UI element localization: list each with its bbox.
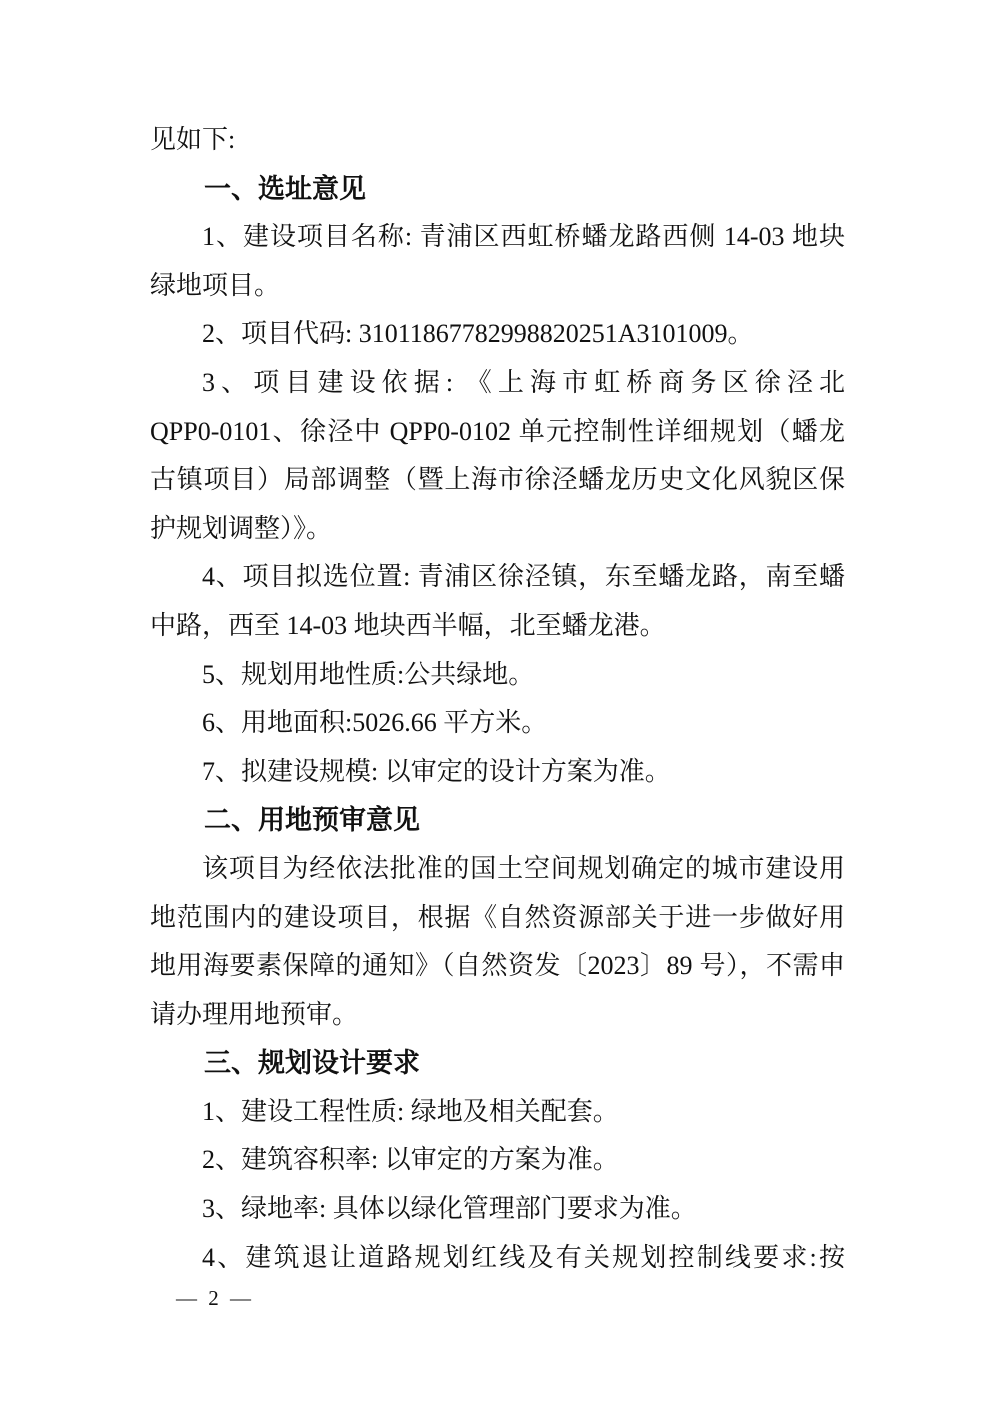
text-line: 3、绿地率: 具体以绿化管理部门要求为准。 bbox=[150, 1185, 845, 1234]
section-heading-3: 三、规划设计要求 bbox=[150, 1039, 845, 1088]
text-line: 地范围内的建设项目，根据《自然资源部关于进一步做好用 bbox=[150, 894, 845, 943]
section-heading-2: 二、用地预审意见 bbox=[150, 796, 845, 845]
text-line: 1、建设工程性质: 绿地及相关配套。 bbox=[150, 1088, 845, 1137]
text-line: 该项目为经依法批准的国土空间规划确定的城市建设用 bbox=[150, 845, 845, 894]
text-line: QPP0-0101、徐泾中 QPP0-0102 单元控制性详细规划（蟠龙 bbox=[150, 408, 845, 457]
text-line: 7、拟建设规模: 以审定的设计方案为准。 bbox=[150, 748, 845, 797]
text-line: 6、用地面积:5026.66 平方米。 bbox=[150, 699, 845, 748]
document-body: 见如下: 一、选址意见 1、建设项目名称: 青浦区西虹桥蟠龙路西侧 14-03 … bbox=[150, 116, 845, 1282]
text-line: 绿地项目。 bbox=[150, 262, 845, 311]
text-line: 4、建筑退让道路规划红线及有关规划控制线要求:按《上 bbox=[150, 1234, 845, 1283]
text-line: 3、项目建设依据: 《上海市虹桥商务区徐泾北 bbox=[150, 359, 845, 408]
document-page: 见如下: 一、选址意见 1、建设项目名称: 青浦区西虹桥蟠龙路西侧 14-03 … bbox=[0, 0, 992, 1403]
page-number: — 2 — bbox=[176, 1281, 254, 1315]
text-line: 2、项目代码: 31011867782998820251A3101009。 bbox=[150, 310, 845, 359]
text-line: 古镇项目）局部调整（暨上海市徐泾蟠龙历史文化风貌区保 bbox=[150, 456, 845, 505]
text-line: 请办理用地预审。 bbox=[150, 991, 845, 1040]
text-line: 2、建筑容积率: 以审定的方案为准。 bbox=[150, 1136, 845, 1185]
text-line: 中路，西至 14-03 地块西半幅，北至蟠龙港。 bbox=[150, 602, 845, 651]
text-line: 见如下: bbox=[150, 116, 845, 165]
text-line: 护规划调整）》。 bbox=[150, 505, 845, 554]
text-line: 地用海要素保障的通知》（自然资发〔2023〕89 号），不需申 bbox=[150, 942, 845, 991]
text-line: 4、项目拟选位置: 青浦区徐泾镇，东至蟠龙路，南至蟠 bbox=[150, 553, 845, 602]
section-heading-1: 一、选址意见 bbox=[150, 165, 845, 214]
text-line: 1、建设项目名称: 青浦区西虹桥蟠龙路西侧 14-03 地块 bbox=[150, 213, 845, 262]
text-line: 5、规划用地性质:公共绿地。 bbox=[150, 651, 845, 700]
